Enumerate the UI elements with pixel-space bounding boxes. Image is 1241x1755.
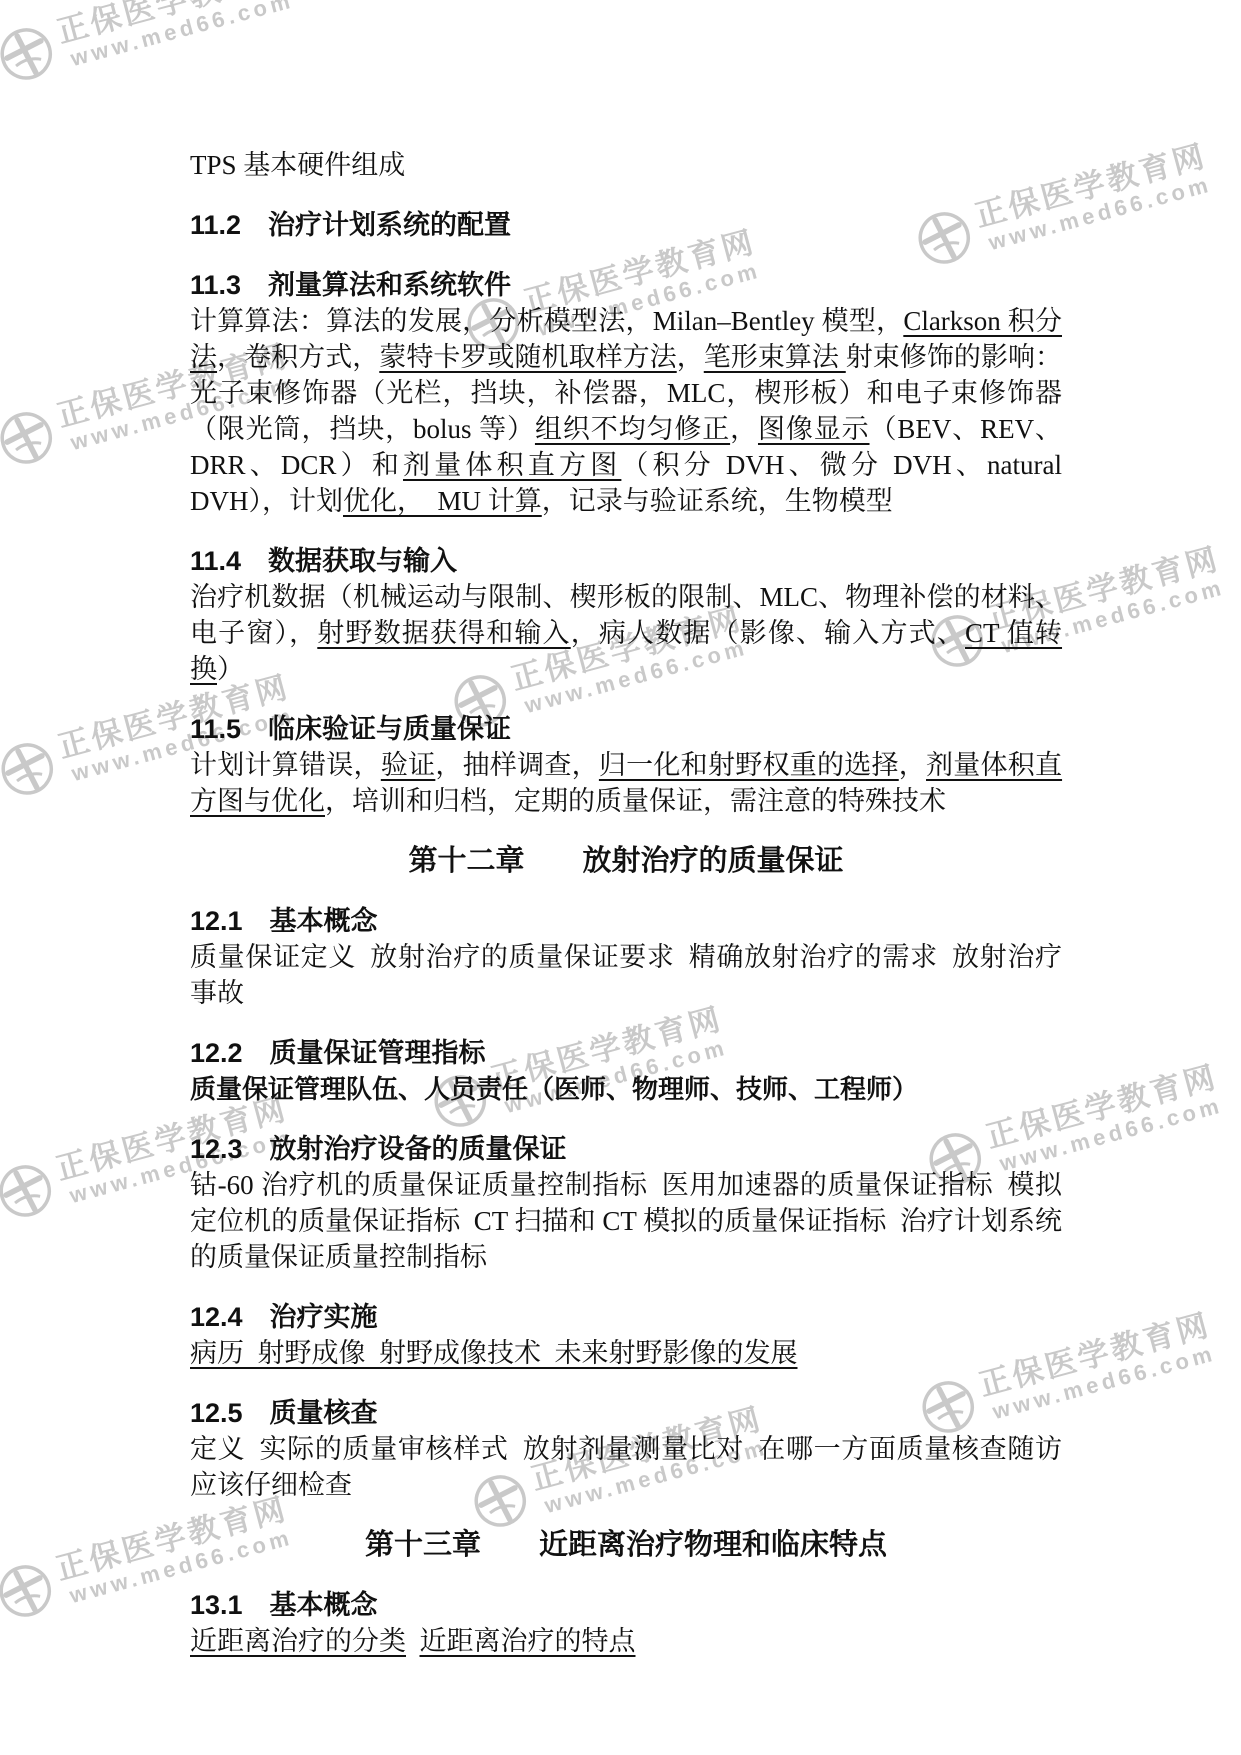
section-heading: 12.5 质量核查 (190, 1395, 1062, 1431)
paragraph: 近距离治疗的分类 近距离治疗的特点 (190, 1623, 1062, 1659)
text-run: 12.1 基本概念 (190, 906, 378, 936)
underlined-text: 病历 射野成像 射野成像技术 未来射野影像的发展 (190, 1338, 798, 1368)
text-run: ， (730, 414, 758, 444)
paragraph-bold: 质量保证管理队伍、人员责任（医师、物理师、技师、工程师） (190, 1071, 1062, 1107)
text-run: ，记录与验证系统，生物模型 (542, 486, 893, 516)
section-heading: 12.1 基本概念 (190, 903, 1062, 939)
watermark: 正保医学教育网 www.med66.com (0, 0, 298, 88)
text-run: 质量保证管理队伍、人员责任（医师、物理师、技师、工程师） (190, 1074, 918, 1104)
med66-logo-icon (0, 1158, 58, 1224)
med66-logo-icon (0, 1558, 58, 1624)
section-heading: 13.1 基本概念 (190, 1587, 1062, 1623)
med66-logo-icon (0, 405, 59, 471)
text-run: ） (217, 654, 244, 684)
chapter-heading: 第十二章 放射治疗的质量保证 (190, 843, 1062, 879)
text-run: TPS 基本硬件组成 (190, 150, 405, 180)
underlined-text: 组织不均匀修正 (535, 414, 730, 444)
paragraph: 定义 实际的质量审核样式 放射剂量测量比对 在哪一方面质量核查随访应该仔细检查 (190, 1431, 1062, 1503)
paragraph: 计算算法：算法的发展，分析模型法，Milan–Bentley 模型，Clarks… (190, 303, 1062, 519)
underlined-text: 蒙特卡罗或随机取样方法 (379, 342, 676, 372)
text-run: 钴-60 治疗机的质量保证质量控制指标 医用加速器的质量保证指标 模拟定位机的质… (190, 1170, 1062, 1272)
text-run: 定义 实际的质量审核样式 放射剂量测量比对 在哪一方面质量核查随访应该仔细检查 (190, 1434, 1062, 1500)
underlined-text: 验证 (381, 750, 436, 780)
text-run: ，抽样调查， (435, 750, 599, 780)
text-run: 11.2 治疗计划系统的配置 (190, 210, 511, 240)
text-run: ，培训和归档，定期的质量保证，需注意的特殊技术 (325, 786, 946, 816)
text-run: 12.3 放射治疗设备的质量保证 (190, 1134, 567, 1164)
underlined-text: 近距离治疗的分类 (190, 1626, 406, 1656)
chapter-heading: 第十三章 近距离治疗物理和临床特点 (190, 1527, 1062, 1563)
document-page: 正保医学教育网 www.med66.com 正保医学教育网 www.med66.… (0, 0, 1241, 1755)
underlined-text: 近距离治疗的特点 (420, 1626, 636, 1656)
med66-logo-icon (0, 736, 60, 802)
paragraph: 钴-60 治疗机的质量保证质量控制指标 医用加速器的质量保证指标 模拟定位机的质… (190, 1167, 1062, 1275)
paragraph: 质量保证定义 放射治疗的质量保证要求 精确放射治疗的需求 放射治疗事故 (190, 939, 1062, 1011)
text-run: 计算算法：算法的发展，分析模型法，Milan–Bentley 模型， (190, 306, 903, 336)
text-run: 12.5 质量核查 (190, 1398, 378, 1428)
text-run: 11.5 临床验证与质量保证 (190, 714, 511, 744)
text-run: 12.4 治疗实施 (190, 1302, 378, 1332)
text-run: ，病人数据（影像、输入方式、 (571, 618, 965, 648)
section-heading: 12.3 放射治疗设备的质量保证 (190, 1131, 1062, 1167)
text-run: 11.4 数据获取与输入 (190, 546, 457, 576)
text-run: 11.3 剂量算法和系统软件 (190, 270, 511, 300)
text-run: 13.1 基本概念 (190, 1590, 378, 1620)
underlined-text: 图像显示 (758, 414, 870, 444)
text-run: 第十二章 放射治疗的质量保证 (408, 845, 843, 877)
paragraph: 治疗机数据（机械运动与限制、楔形板的限制、MLC、物理补偿的材料、电子窗），射野… (190, 579, 1062, 687)
text-run: ，卷积方式， (217, 342, 379, 372)
watermark-brand-text: 正保医学教育网 (54, 0, 292, 48)
section-heading: 11.5 临床验证与质量保证 (190, 711, 1062, 747)
watermark-url-text: www.med66.com (63, 0, 299, 72)
paragraph: 病历 射野成像 射野成像技术 未来射野影像的发展 (190, 1335, 1062, 1371)
underlined-text: 笔形束算法 (704, 342, 846, 372)
section-heading: 12.2 质量保证管理指标 (190, 1035, 1062, 1071)
underlined-text: 剂量体积直方图 (403, 450, 621, 480)
text-run: ， (899, 750, 926, 780)
underlined-text: 射野数据获得和输入 (317, 618, 570, 648)
text-run: 第十三章 近距离治疗物理和临床特点 (365, 1529, 887, 1561)
section-heading: 12.4 治疗实施 (190, 1299, 1062, 1335)
paragraph: 计划计算错误，验证，抽样调查，归一化和射野权重的选择，剂量体积直方图与优化，培训… (190, 747, 1062, 819)
text-run: 计划计算错误， (190, 750, 381, 780)
text-run: ， (677, 342, 704, 372)
section-heading: 11.4 数据获取与输入 (190, 543, 1062, 579)
section-heading: 11.2 治疗计划系统的配置 (190, 207, 1062, 243)
med66-logo-icon (0, 21, 59, 87)
underlined-text: 归一化和射野权重的选择 (599, 750, 899, 780)
document-content: TPS 基本硬件组成11.2 治疗计划系统的配置11.3 剂量算法和系统软件计算… (190, 147, 1062, 1659)
text-run (406, 1626, 420, 1656)
text-run: 质量保证定义 放射治疗的质量保证要求 精确放射治疗的需求 放射治疗事故 (190, 942, 1062, 1008)
text-run: 12.2 质量保证管理指标 (190, 1038, 486, 1068)
underlined-text: 优化， MU 计算 (343, 486, 542, 516)
paragraph: TPS 基本硬件组成 (190, 147, 1062, 183)
section-heading: 11.3 剂量算法和系统软件 (190, 267, 1062, 303)
